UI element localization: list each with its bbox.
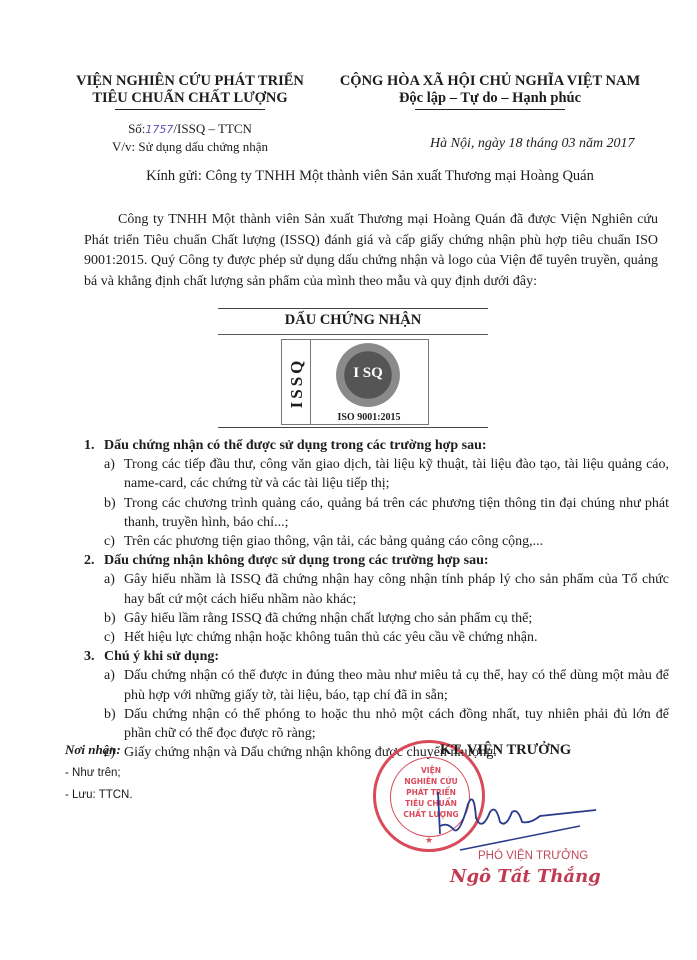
certification-mark-box: DẤU CHỨNG NHẬN ISSQ I SQ ISO 9001:2015 xyxy=(218,308,488,428)
recipient-item: - Lưu: TTCN. xyxy=(65,784,133,806)
box-divider xyxy=(218,334,488,335)
issq-logo: ISSQ I SQ ISO 9001:2015 xyxy=(281,339,429,425)
usage-rules: 1.Dấu chứng nhận có thể được sử dụng tro… xyxy=(84,436,674,762)
recipients: Nơi nhận: - Như trên; - Lưu: TTCN. xyxy=(65,742,133,806)
certification-mark-title: DẤU CHỨNG NHẬN xyxy=(218,312,488,329)
list-item: b)Dấu chứng nhận có thể phóng to hoặc th… xyxy=(84,705,674,743)
list-item: b)Trong các chương trình quảng cáo, quản… xyxy=(84,494,674,532)
national-motto: CỘNG HÒA XÃ HỘI CHỦ NGHĨA VIỆT NAM Độc l… xyxy=(325,73,655,110)
handwritten-signature-icon xyxy=(430,782,600,852)
list-item: c)Giấy chứng nhận và Dấu chứng nhận khôn… xyxy=(84,743,674,762)
section-heading: 3.Chú ý khi sử dụng: xyxy=(84,647,674,666)
greeting: Kính gửi: Công ty TNHH Một thành viên Sả… xyxy=(60,168,680,185)
country-name: CỘNG HÒA XÃ HỘI CHỦ NGHĨA VIỆT NAM xyxy=(325,73,655,90)
list-item: c)Hết hiệu lực chứng nhận hoặc không tuâ… xyxy=(84,628,674,647)
document-subject: V/v: Sử dụng dấu chứng nhận xyxy=(70,138,310,155)
section-heading: 2.Dấu chứng nhận không được sử dụng tron… xyxy=(84,551,674,570)
date-line: Hà Nội, ngày 18 tháng 03 năm 2017 xyxy=(430,136,635,152)
org-name-line1: VIỆN NGHIÊN CỨU PHÁT TRIỂN xyxy=(70,73,310,90)
signer-title: PHÓ VIỆN TRƯỞNG xyxy=(478,850,588,862)
motto: Độc lập – Tự do – Hạnh phúc xyxy=(325,90,655,107)
list-item: c)Trên các phương tiện giao thông, vận t… xyxy=(84,532,674,551)
recipient-item: - Như trên; xyxy=(65,762,133,784)
document-number: Số:1757/ISSQ – TTCN xyxy=(70,120,310,138)
intro-paragraph: Công ty TNHH Một thành viên Sản xuất Thư… xyxy=(84,210,658,292)
motto-divider xyxy=(415,109,565,110)
list-item: a)Dấu chứng nhận có thể được in đúng the… xyxy=(84,666,674,704)
header-divider xyxy=(115,109,265,110)
list-item: b)Gây hiểu lầm rằng ISSQ đã chứng nhận c… xyxy=(84,609,674,628)
section-heading: 1.Dấu chứng nhận có thể được sử dụng tro… xyxy=(84,436,674,455)
list-item: a)Trong các tiếp đầu thư, công văn giao … xyxy=(84,455,674,493)
recipients-heading: Nơi nhận: xyxy=(65,742,133,758)
on-behalf-title: KT. VIỆN TRƯỞNG xyxy=(440,742,571,759)
org-name-line2: TIÊU CHUẨN CHẤT LƯỢNG xyxy=(70,90,310,107)
isq-seal-icon: I SQ xyxy=(336,343,400,407)
list-item: a)Gây hiểu nhầm là ISSQ đã chứng nhận ha… xyxy=(84,570,674,608)
document-reference: Số:1757/ISSQ – TTCN V/v: Sử dụng dấu chứ… xyxy=(70,120,310,155)
signer-name: Ngô Tất Thắng xyxy=(450,866,601,887)
handwritten-number: 1757 xyxy=(145,123,173,136)
issuing-organization: VIỆN NGHIÊN CỨU PHÁT TRIỂN TIÊU CHUẨN CH… xyxy=(70,73,310,110)
logo-side-panel: ISSQ xyxy=(282,340,311,424)
logo-caption: ISO 9001:2015 xyxy=(310,412,428,423)
